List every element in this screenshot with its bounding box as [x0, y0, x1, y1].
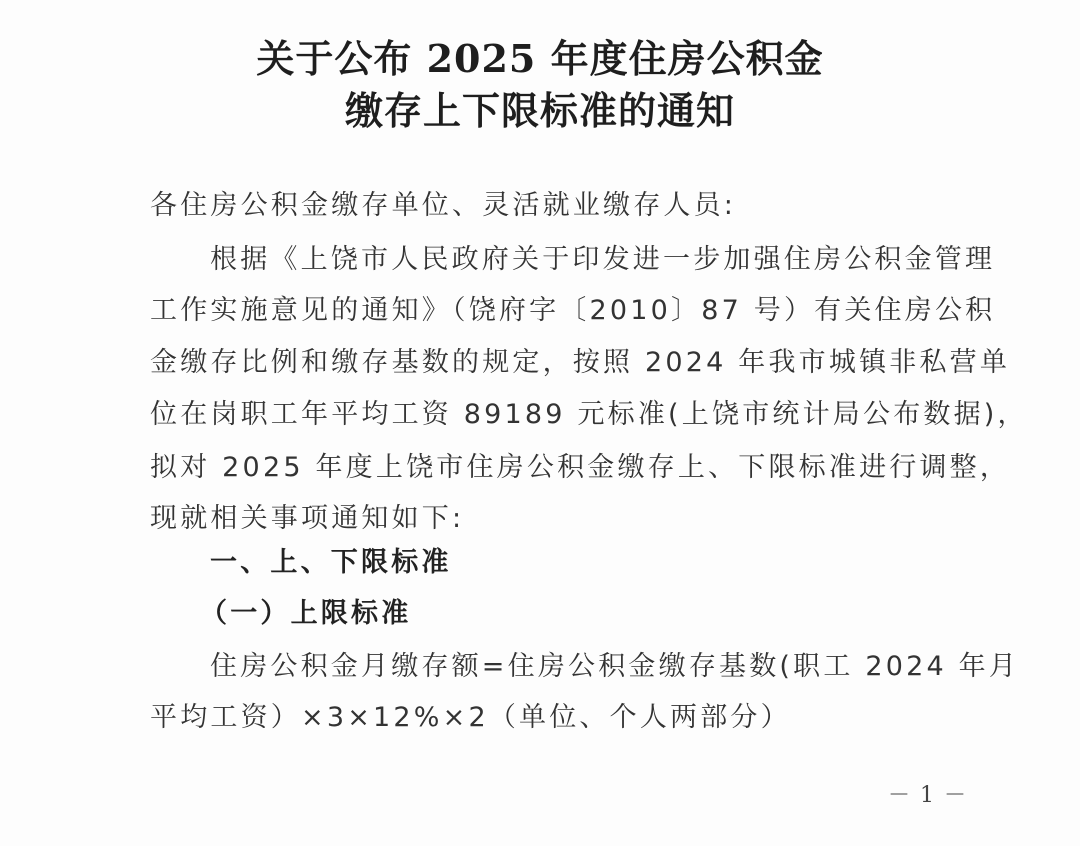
- formula-line-1: 住房公积金月缴存额=住房公积金缴存基数(职工 2024 年月: [210, 649, 1019, 685]
- subsection-heading: （一）上限标准: [200, 596, 411, 632]
- body-line-3: 金缴存比例和缴存基数的规定，按照 2024 年我市城镇非私营单: [150, 345, 1010, 381]
- formula-line-2: 平均工资）×3×12%×2（单位、个人两部分）: [150, 700, 791, 736]
- document-page: 关于公布 2025 年度住房公积金 缴存上下限标准的通知 各住房公积金缴存单位、…: [0, 0, 1080, 846]
- document-title-line-1: 关于公布 2025 年度住房公积金: [0, 28, 1080, 83]
- page-number: －1－: [888, 778, 976, 809]
- body-line-5: 拟对 2025 年度上饶市住房公积金缴存上、下限标准进行调整，: [150, 450, 1010, 486]
- salutation: 各住房公积金缴存单位、灵活就业缴存人员:: [150, 188, 736, 224]
- document-title-line-2: 缴存上下限标准的通知: [0, 80, 1080, 135]
- section-heading: 一、上、下限标准: [210, 545, 452, 581]
- body-line-1: 根据《上饶市人民政府关于印发进一步加强住房公积金管理: [210, 242, 995, 278]
- body-line-6: 现就相关事项通知如下:: [150, 501, 464, 537]
- body-line-4: 位在岗职工年平均工资 89189 元标准(上饶市统计局公布数据)，: [150, 397, 1028, 433]
- body-line-2: 工作实施意见的通知》（饶府字〔2010〕87 号）有关住房公积: [150, 293, 995, 329]
